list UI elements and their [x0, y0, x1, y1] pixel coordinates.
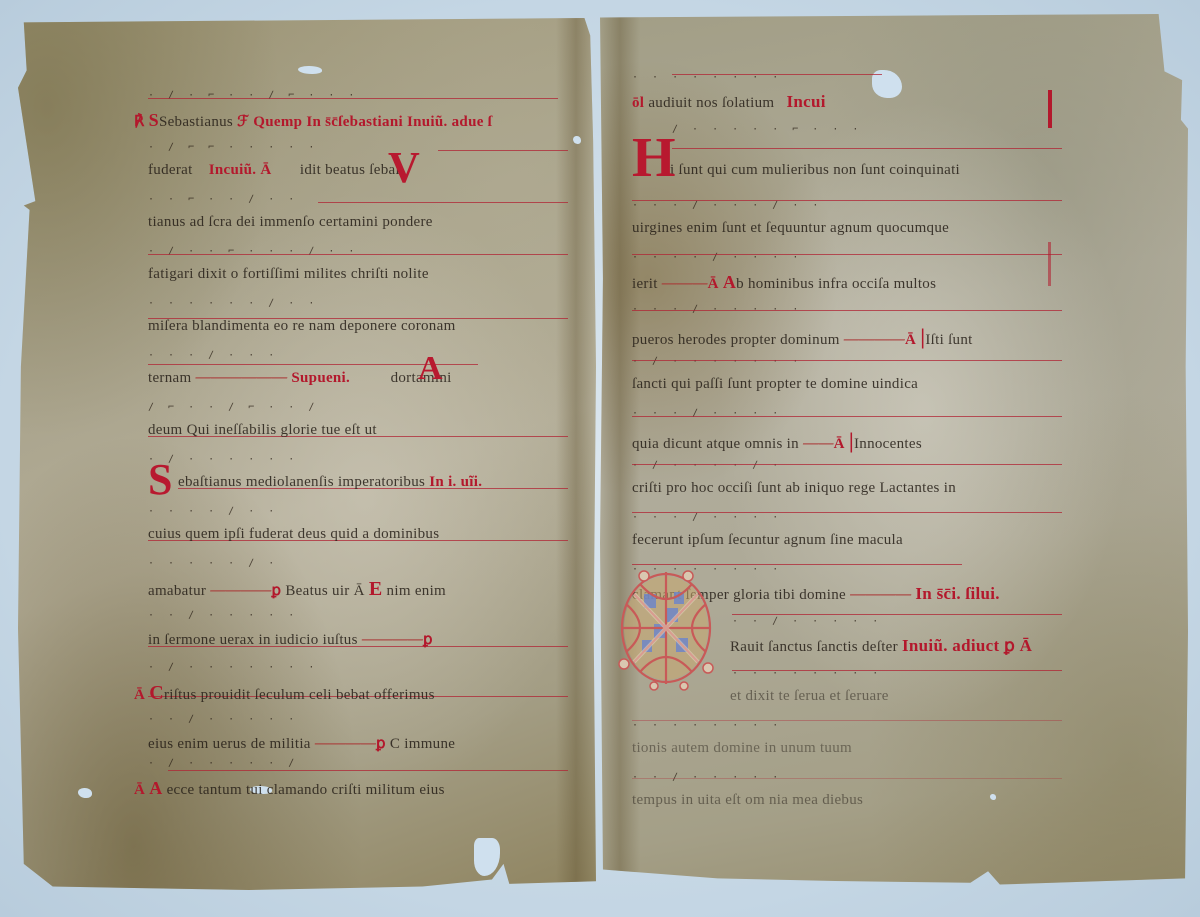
chant-text: Beatus uir Ā: [285, 583, 364, 599]
staff-line-3: · · ⌐ · · ∕ · · tianus ad ſcra dei immen…: [148, 194, 568, 246]
neumes: · ∕ · · · · · ∕: [148, 758, 568, 774]
chant-text: pueros herodes propter dominum: [632, 332, 840, 348]
chant-text: tianus ad ſcra dei immenſo certamini pon…: [148, 214, 568, 231]
red-staff-line: [732, 614, 1062, 615]
staff-line-10: · · · · · ∕ · amabatur ————ꝑ Beatus uir …: [148, 558, 568, 610]
rubric: Ā: [834, 436, 845, 452]
chant-text: in ſermone uerax in iudicio iuſtus: [148, 632, 358, 648]
rubric: In i. uĩi.: [429, 474, 482, 490]
chant-text: Iſti ſunt: [925, 332, 972, 348]
rubric: ꝑ: [271, 583, 281, 599]
chant-text: Rauit ſanctus ſanctis deſter: [730, 639, 898, 655]
red-initial-v: V: [388, 142, 420, 193]
red-initial-a: A: [418, 350, 443, 388]
staff-line-13: · · · · · · · · tionis autem domine in u…: [632, 720, 1062, 772]
rubric: Supueni.: [291, 370, 350, 386]
chant-text: uirgines enim ſunt et ſequuntur agnum qu…: [632, 220, 1062, 237]
antiphon-mark: Ā: [134, 687, 145, 703]
chant-text: quia dicunt atque omnis in: [632, 436, 799, 452]
staff-line-7: · · · ∕ · · · · quia dicunt atque omnis …: [632, 408, 1062, 460]
staff-line-9: · · · · ∕ · · cuius quem ipſi fuderat de…: [148, 506, 568, 558]
chant-text: fatigari dixit o fortiſſimi milites chri…: [148, 266, 568, 283]
chant-text: b hominibus infra occiſa multos: [736, 276, 936, 292]
struck-text: ————: [850, 587, 911, 603]
staff-line-7: ∕ ⌐ · · ∕ ⌐ · · ∕ deum Qui ineſſabilis g…: [148, 402, 568, 454]
red-staff-line: [438, 150, 568, 151]
staff-line-14: · · ∕ · · · · · tempus in uita eſt om ni…: [632, 772, 1062, 824]
staff-line-6: · ∕ · · · · · · · ſancti qui paſſi ſunt …: [632, 356, 1062, 408]
red-staff-line: [632, 360, 1062, 361]
neumes: · · ∕ · · · · ·: [632, 772, 1062, 788]
neumes: · · · · · · ∕ · ·: [148, 298, 568, 314]
red-staff-line: [672, 74, 882, 75]
red-initial-h: H: [632, 126, 676, 190]
red-staff-line: [168, 770, 568, 771]
staff-line-2: · ∕ ⌐ ⌐ · · · · · fuderat Incuiũ. Ā idit…: [148, 142, 568, 194]
parchment-tear: [474, 838, 500, 876]
text-line: Ā Criſtus prouidit ſeculum celi bebat of…: [134, 682, 568, 705]
red-marginal-stroke: [1048, 90, 1052, 128]
staff-line-8: · ∕ · · · · · · ebaſtianus mediolanenſis…: [148, 454, 568, 506]
rubric: Inuiũ. adiuct ꝑ Ā: [902, 636, 1032, 655]
chant-text: i ſunt qui cum mulieribus non ſunt coinq…: [670, 162, 1062, 179]
text-line: Rauit ſanctus ſanctis deſter Inuiũ. adiu…: [730, 636, 1062, 656]
chant-text: idit beatus ſebaſ: [300, 162, 400, 178]
neumes: · · ∕ · · · · ·: [732, 616, 1062, 632]
initial-s: S: [149, 110, 159, 130]
text-line: quia dicunt atque omnis in ——Ā |Innocent…: [632, 428, 1062, 454]
red-staff-line: [318, 202, 568, 203]
staff-line-14: · ∕ · · · · · ∕ Ā A ecce tantum tui clam…: [148, 758, 568, 810]
struck-text: ——: [803, 436, 834, 452]
red-staff-line: [672, 148, 1062, 149]
red-staff-line: [732, 670, 1062, 671]
text-line: ℟ SSebastianus ℱ Quemp In s̄c̄ſebastiani…: [134, 110, 568, 131]
chant-text: ebaſtianus mediolanenſis imperatoribus: [178, 474, 425, 490]
chant-text: ecce tantum tui clamando criſti militum …: [167, 782, 445, 798]
chant-text: Sebastianus: [159, 114, 233, 130]
staff-line-5: · · · ∕ · · · · · pueros herodes propter…: [632, 304, 1062, 356]
rubric: Ā: [708, 276, 719, 292]
rubric-prefix: ōl: [632, 95, 644, 111]
neumes: · ∕ · · · · ∕ ·: [632, 460, 1062, 476]
rubric: In s̄c̄i. ſilui.: [915, 584, 1000, 603]
left-manuscript-leaf: · ∕ · ⌐ · · ∕ ⌐ · · · ℟ SSebastianus ℱ Q…: [18, 18, 596, 890]
rubric: Incui: [787, 92, 826, 111]
chant-text: Innocentes: [854, 436, 922, 452]
chant-text: miſera blandimenta eo re nam deponere co…: [148, 318, 568, 335]
text-line: ierit ———Ā Ab hominibus infra occiſa mul…: [632, 272, 1062, 293]
staff-line-4: · ∕ · · ⌐ · · · ∕ · · fatigari dixit o f…: [148, 246, 568, 298]
neumes: · · · ∕ · · · ∕ · ·: [632, 200, 1062, 216]
neumes: · ∕ · · · · · ·: [148, 454, 568, 470]
staff-line-12: · ∕ · · · · · · · Ā Criſtus prouidit ſec…: [148, 662, 568, 714]
red-staff-line: [632, 416, 1062, 417]
staff-line-4: · · · · ∕ · · · · ierit ———Ā Ab hominibu…: [632, 252, 1062, 304]
staff-line-1: · · · · · · · · ōl audiuit nos ſolatium …: [632, 72, 1062, 124]
responsory-mark: ℟: [134, 114, 145, 130]
staff-line-3: · · · ∕ · · · ∕ · · uirgines enim ſunt e…: [632, 200, 1062, 252]
staff-line-2: ∕ · · · · · ⌐ · · · i ſunt qui cum mulie…: [632, 124, 1062, 176]
neumes: · · · · · ∕ ·: [148, 558, 568, 574]
rubric: ℱ Quemp In s̄c̄ſebastiani Inuiũ. adue ſ: [237, 114, 492, 130]
chant-text: criſti pro hoc occiſi ſunt ab iniquo reg…: [632, 480, 1062, 497]
neumes: · · · · ∕ · ·: [148, 506, 568, 522]
chant-text: nim enim: [387, 583, 446, 599]
text-line: ebaſtianus mediolanenſis imperatoribus I…: [178, 474, 568, 491]
neumes: · · ∕ · · · · ·: [148, 714, 568, 730]
neumes: · · · · · · · ·: [632, 720, 1062, 736]
neumes: · ∕ · · · · · · ·: [632, 356, 1062, 372]
red-staff-line: [632, 310, 1062, 311]
chant-text: audiuit nos ſolatium: [648, 95, 774, 111]
interlace-initial-o: [614, 564, 718, 692]
neumes: ∕ · · · · · ⌐ · · ·: [672, 124, 1062, 140]
chant-text: fecerunt ipſum ſecuntur agnum ſine macul…: [632, 532, 1062, 549]
struck-text: ——————: [196, 370, 288, 386]
text-line: in ſermone uerax in iudicio iuſtus ————ꝑ: [148, 630, 568, 649]
text-line: pueros herodes propter dominum ————Ā |Iſ…: [632, 324, 1062, 350]
red-initial-a: A: [149, 778, 162, 798]
red-initial-c: C: [149, 682, 164, 704]
red-staff-line: [632, 254, 1062, 255]
chant-text: tempus in uita eſt om nia mea diebus: [632, 792, 1062, 809]
neumes: · · ∕ · · · · ·: [148, 610, 568, 626]
chant-text: deum Qui ineſſabilis glorie tue eſt ut: [148, 422, 568, 439]
chant-text: ternam: [148, 370, 191, 386]
text-line: fuderat Incuiũ. Ā idit beatus ſebaſ: [148, 162, 568, 179]
neumes: · · · ∕ · · · ·: [632, 512, 1062, 528]
neumes: · ∕ · · · · · · ·: [148, 662, 568, 678]
right-manuscript-leaf: · · · · · · · · ōl audiuit nos ſolatium …: [600, 14, 1188, 896]
chant-text: fuderat: [148, 162, 193, 178]
staff-line-5: · · · · · · ∕ · · miſera blandimenta eo …: [148, 298, 568, 350]
red-marginal-stroke: [1048, 242, 1051, 286]
chant-text: cuius quem ipſi fuderat deus quid a domi…: [148, 526, 568, 543]
struck-text: ————: [210, 583, 271, 599]
red-staff-line: [632, 200, 1062, 201]
worm-hole: [78, 788, 92, 798]
red-staff-line: [148, 254, 568, 255]
staff-line-1: · ∕ · ⌐ · · ∕ ⌐ · · · ℟ SSebastianus ℱ Q…: [148, 90, 568, 142]
chant-text: C immune: [390, 736, 455, 752]
red-initial-e: E: [369, 578, 383, 600]
red-initial-a: A: [723, 272, 736, 292]
text-line: eius enim uerus de militia ————ꝑ C immun…: [148, 734, 568, 753]
red-staff-line: [632, 720, 1062, 721]
chant-text: ierit: [632, 276, 658, 292]
staff-line-9: · · · ∕ · · · · fecerunt ipſum ſecuntur …: [632, 512, 1062, 564]
rubric: Incuiũ. Ā: [209, 162, 272, 178]
neumes: · · · ∕ · · · · ·: [632, 304, 1062, 320]
chant-text: ſancti qui paſſi ſunt propter te domine …: [632, 376, 1062, 393]
struck-text: ————: [844, 332, 905, 348]
text-line: amabatur ————ꝑ Beatus uir Ā E nim enim: [148, 578, 568, 601]
red-staff-line: [632, 778, 1062, 779]
text-line: Ā A ecce tantum tui clamando criſti mili…: [134, 778, 568, 799]
rubric: Ā: [905, 332, 916, 348]
red-staff-line: [148, 98, 558, 99]
worm-hole: [298, 66, 322, 74]
chant-text: tionis autem domine in unum tuum: [632, 740, 1062, 757]
rubric: ꝑ: [423, 632, 433, 648]
red-initial-s: S: [148, 454, 172, 505]
neumes: ∕ ⌐ · · ∕ ⌐ · · ∕: [148, 402, 568, 418]
chant-text: riſtus prouidit ſeculum celi bebat offer…: [164, 687, 435, 703]
staff-line-8: · ∕ · · · · ∕ · criſti pro hoc occiſi ſu…: [632, 460, 1062, 512]
struck-text: ————: [315, 736, 376, 752]
text-line: ōl audiuit nos ſolatium Incui: [632, 92, 1062, 112]
struck-text: ————: [362, 632, 423, 648]
red-staff-line: [632, 464, 1062, 465]
struck-text: ———: [662, 276, 708, 292]
worm-hole: [573, 136, 581, 144]
rubric: ꝑ: [376, 736, 386, 752]
chant-text: amabatur: [148, 583, 206, 599]
staff-line-6: · · · ∕ · · · ternam —————— Supueni. dor…: [148, 350, 568, 402]
staff-line-11: · · ∕ · · · · · in ſermone uerax in iudi…: [148, 610, 568, 662]
red-staff-line: [632, 512, 1062, 513]
text-line: ternam —————— Supueni. dortamini: [148, 370, 568, 387]
chant-text: eius enim uerus de militia: [148, 736, 311, 752]
antiphon-mark: Ā: [134, 782, 145, 798]
chant-text: et dixit te ſerua et ſeruare: [730, 688, 1062, 705]
